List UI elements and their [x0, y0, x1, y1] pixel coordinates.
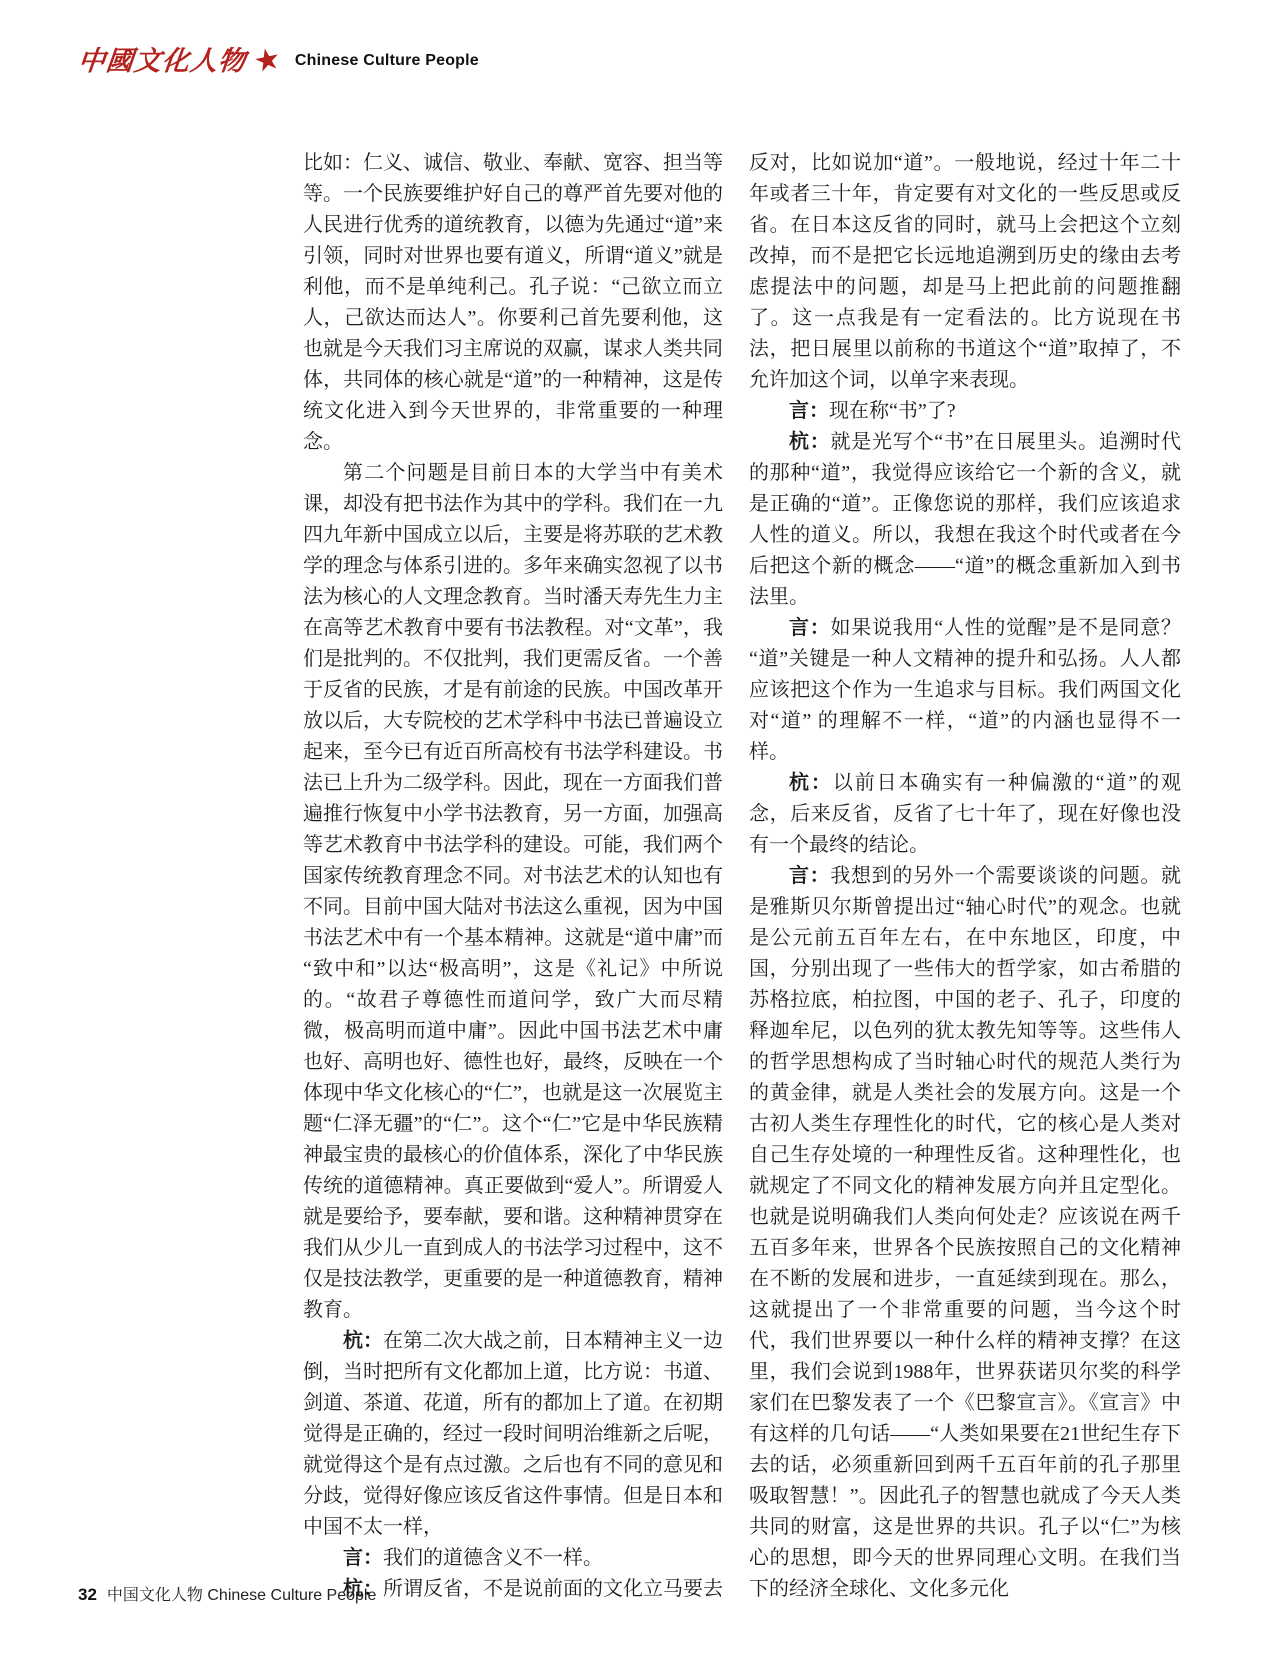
paragraph-text: 所谓反省，不是说前面的文化立马要去: [383, 1578, 723, 1600]
paragraph: 比如：仁义、诚信、敬业、奉献、宽容、担当等等。一个民族要维护好自己的尊严首先要对…: [303, 148, 723, 458]
paragraph-speaker-yan: 言：现在称“书”了?: [749, 396, 1181, 427]
footer-title: 中国文化人物 Chinese Culture People: [107, 1582, 376, 1605]
paragraph-text: 第二个问题是目前日本的大学当中有美术课，却没有把书法作为其中的学科。我们在一九四…: [303, 462, 723, 1321]
magazine-logo: 中國文化人物: [77, 48, 248, 75]
speaker-label: 言：: [789, 617, 831, 639]
paragraph-speaker-yan: 言：我想到的另外一个需要谈谈的问题。就是雅斯贝尔斯曾提出过“轴心时代”的观念。也…: [749, 861, 1181, 1605]
paragraph: 反对，比如说加“道”。一般地说，经过十年二十年或者三十年，肯定要有对文化的一些反…: [749, 148, 1181, 396]
right-column: 反对，比如说加“道”。一般地说，经过十年二十年或者三十年，肯定要有对文化的一些反…: [749, 148, 1181, 1605]
page-footer: 32 中国文化人物 Chinese Culture People: [78, 1582, 376, 1605]
speaker-label: 杭：: [789, 431, 831, 453]
paragraph-text: 我想到的另外一个需要谈谈的问题。就是雅斯贝尔斯曾提出过“轴心时代”的观念。也就是…: [749, 865, 1181, 1600]
paragraph-text: 反对，比如说加“道”。一般地说，经过十年二十年或者三十年，肯定要有对文化的一些反…: [749, 152, 1181, 391]
paragraph-speaker-yan: 言：我们的道德含义不一样。: [303, 1543, 723, 1574]
paragraph-speaker-hang: 杭：以前日本确实有一种偏激的“道”的观念，后来反省，反省了七十年了，现在好像也没…: [749, 768, 1181, 861]
paragraph: 第二个问题是目前日本的大学当中有美术课，却没有把书法作为其中的学科。我们在一九四…: [303, 458, 723, 1326]
speaker-label: 言：: [789, 400, 829, 422]
paragraph-text: 比如：仁义、诚信、敬业、奉献、宽容、担当等等。一个民族要维护好自己的尊严首先要对…: [303, 152, 723, 453]
speaker-label: 杭：: [789, 772, 833, 794]
article-body: 比如：仁义、诚信、敬业、奉献、宽容、担当等等。一个民族要维护好自己的尊严首先要对…: [303, 148, 1181, 1605]
speaker-label: 言：: [343, 1547, 383, 1569]
star-icon: ★: [251, 44, 284, 79]
paragraph-speaker-hang: 杭：在第二次大战之前，日本精神主义一边倒，当时把所有文化都加上道，比方说：书道、…: [303, 1326, 723, 1543]
magazine-logo-english: Chinese Culture People: [295, 52, 479, 70]
masthead: 中國文化人物 ★ Chinese Culture People: [78, 46, 479, 76]
paragraph-text: 现在称“书”了?: [829, 400, 956, 422]
paragraph-text: 我们的道德含义不一样。: [383, 1547, 603, 1569]
left-column: 比如：仁义、诚信、敬业、奉献、宽容、担当等等。一个民族要维护好自己的尊严首先要对…: [303, 148, 723, 1605]
paragraph-text: 在第二次大战之前，日本精神主义一边倒，当时把所有文化都加上道，比方说：书道、剑道…: [303, 1330, 723, 1538]
magazine-page: 中國文化人物 ★ Chinese Culture People 比如：仁义、诚信…: [0, 0, 1270, 1654]
page-number: 32: [78, 1585, 97, 1605]
paragraph-speaker-hang: 杭：就是光写个“书”在日展里头。追溯时代的那种“道”，我觉得应该给它一个新的含义…: [749, 427, 1181, 613]
paragraph-speaker-yan: 言：如果说我用“人性的觉醒”是不是同意？“道”关键是一种人文精神的提升和弘扬。人…: [749, 613, 1181, 768]
paragraph-text: 就是光写个“书”在日展里头。追溯时代的那种“道”，我觉得应该给它一个新的含义，就…: [749, 431, 1181, 608]
speaker-label: 言：: [789, 865, 830, 887]
speaker-label: 杭：: [343, 1330, 383, 1352]
